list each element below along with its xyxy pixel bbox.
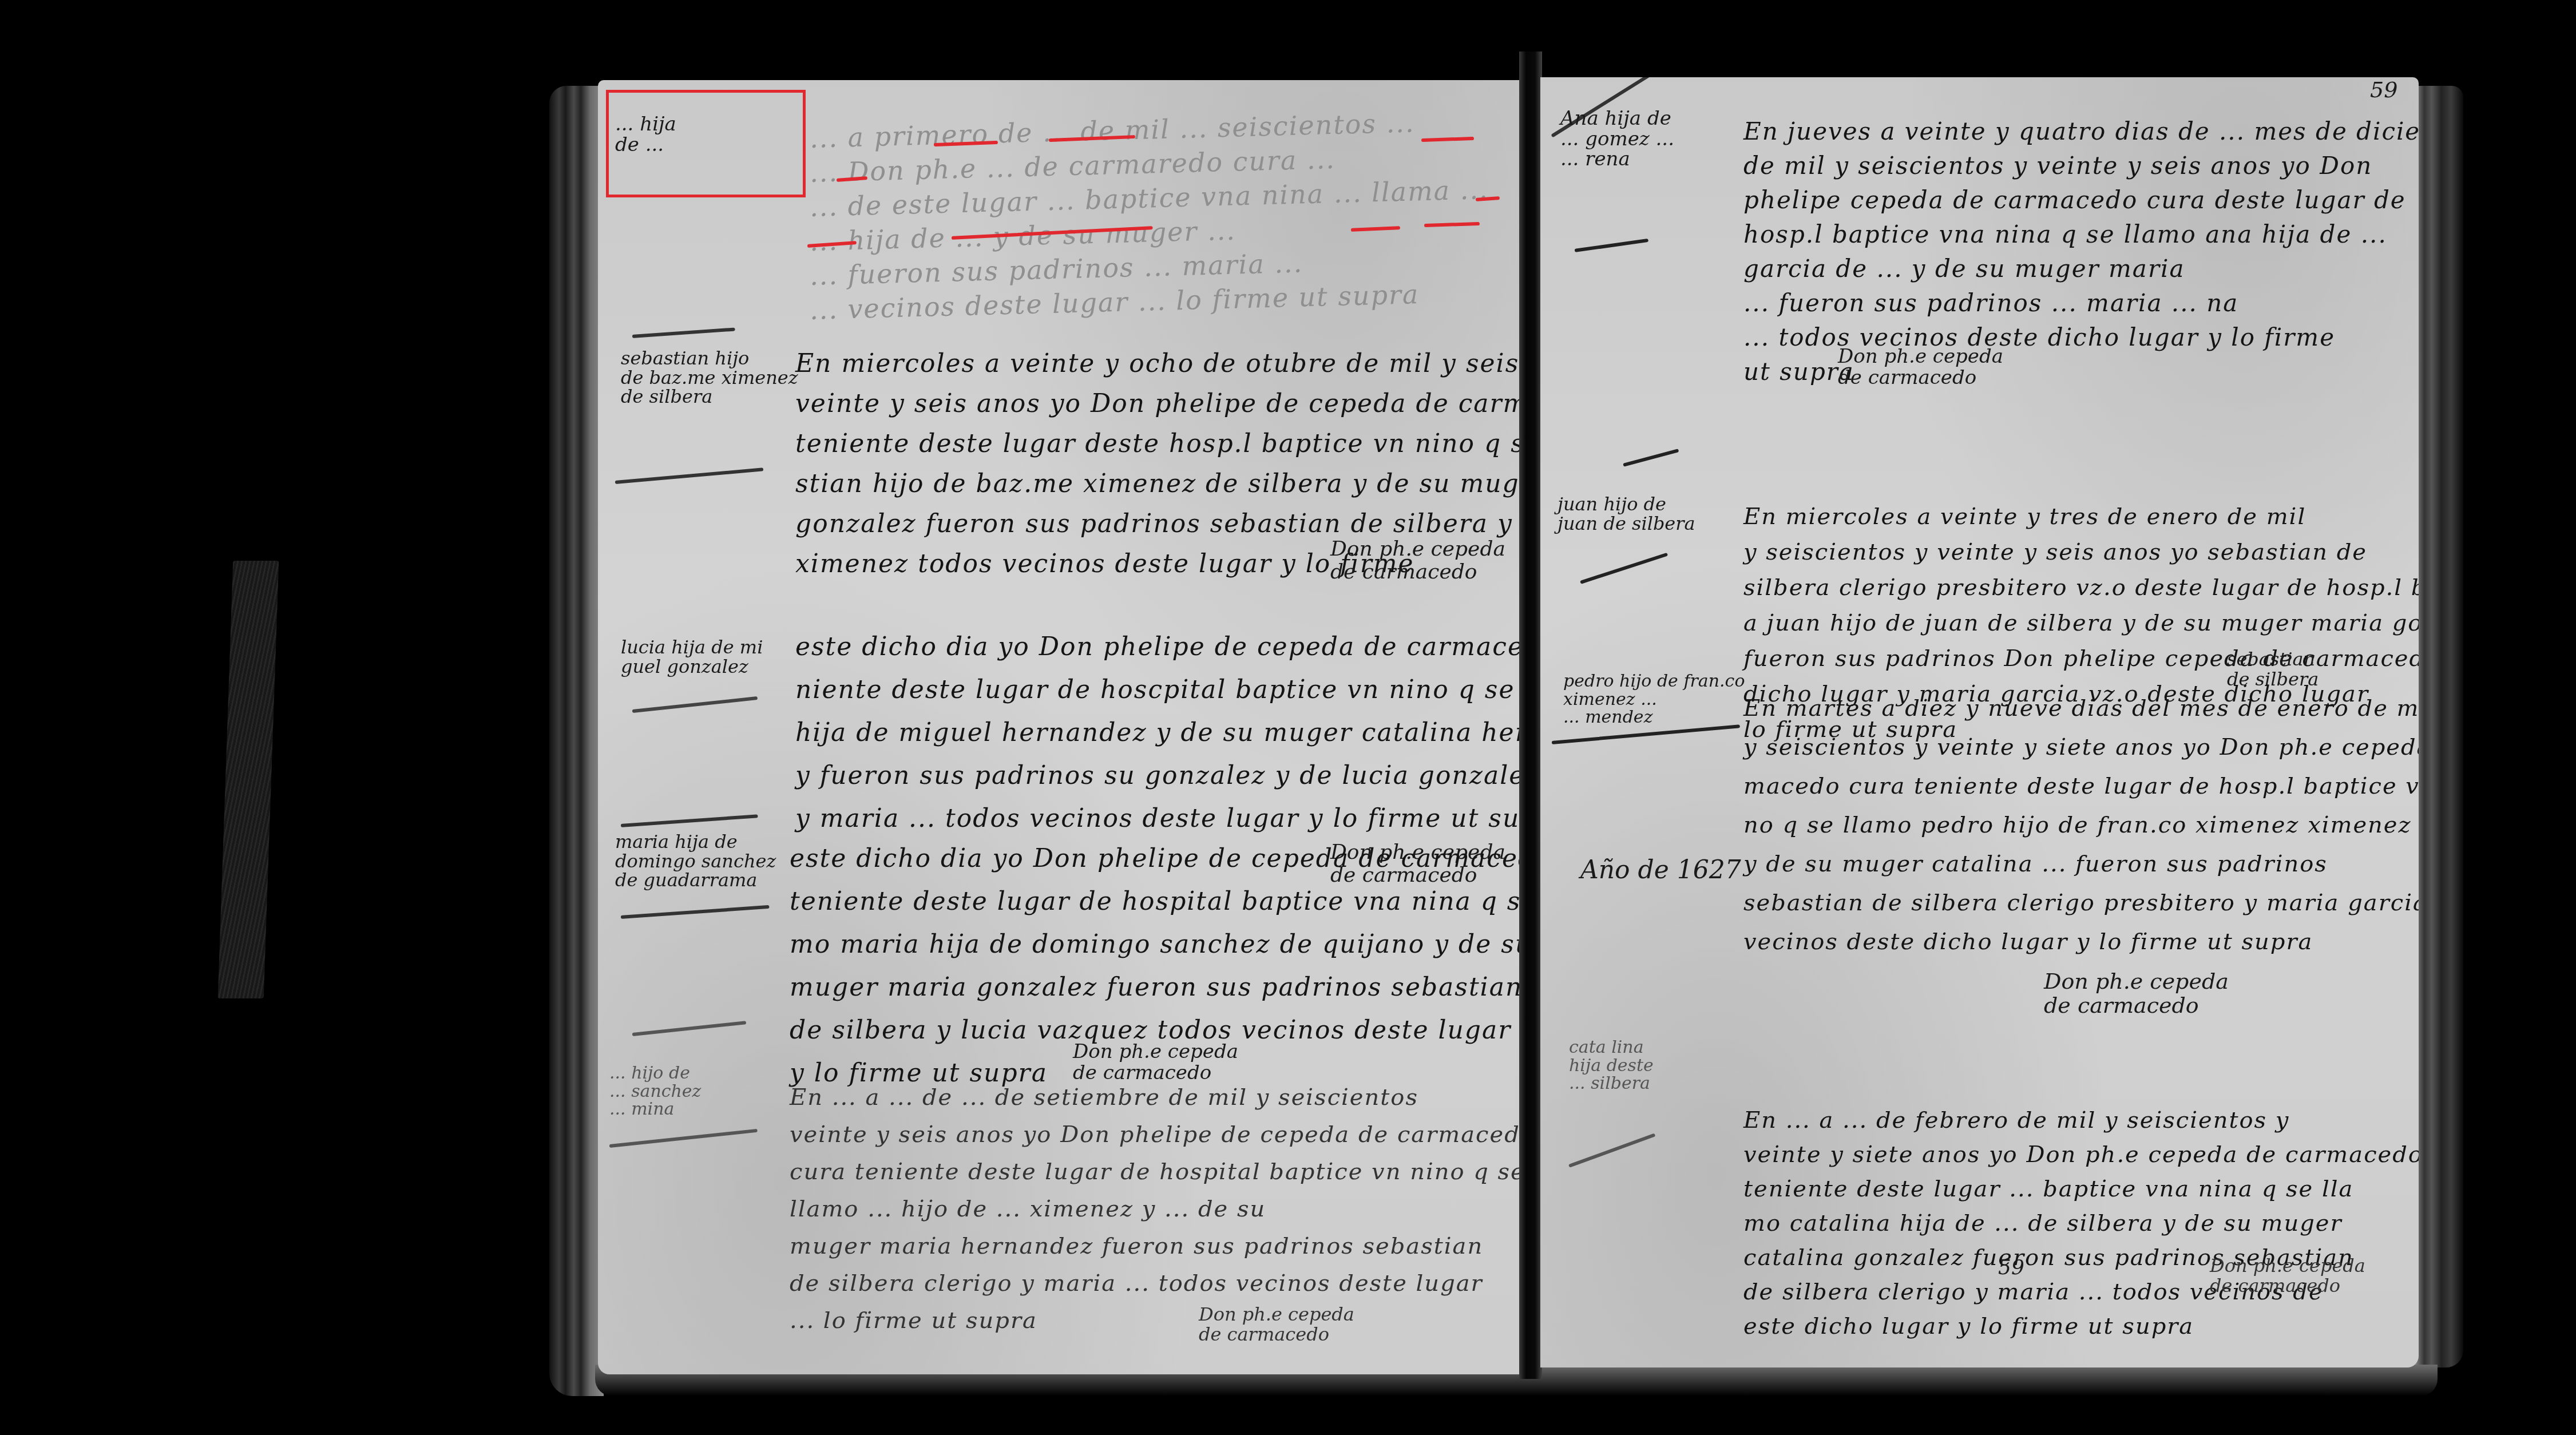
margin-rule (1575, 239, 1649, 252)
entry-line: En martes a diez y nueve dias del mes de… (1743, 695, 2419, 722)
priest-signature: Don ph.e cepeda de carmacedo (1073, 1041, 1238, 1084)
margin-rule (609, 1129, 758, 1148)
right-page-edge-stack (2415, 86, 2463, 1367)
book-gutter (1519, 51, 1542, 1379)
margin-rule (621, 814, 758, 827)
entry-line: de mil y seiscientos y veinte y seis ano… (1743, 152, 2372, 180)
entry-line: vecinos deste dicho lugar y lo firme ut … (1743, 929, 2313, 955)
entry-line: no q se llamo pedro hijo de fran.co xime… (1743, 812, 2412, 838)
entry-line: gonzalez fueron sus padrinos sebastian d… (795, 509, 1525, 538)
entry-line: ... todos vecinos deste dicho lugar y lo… (1743, 323, 2335, 351)
entry-line: En miercoles a veinte y tres de enero de… (1743, 504, 2306, 530)
entry-line: macedo cura teniente deste lugar de hosp… (1743, 773, 2419, 799)
entry-line: ximenez todos vecinos deste lugar y lo f… (795, 549, 1414, 578)
folio-number-bottom: 59 (1998, 1256, 2024, 1279)
entry-line: llamo ... hijo de ... ximenez y ... de s… (790, 1196, 1266, 1222)
left-page: ... a primero de ... de mil ... seiscien… (598, 80, 1525, 1374)
priest-signature: Don ph.e cepeda de carmacedo (2210, 1256, 2365, 1296)
entry-line: mo catalina hija de ... de silbera y de … (1743, 1210, 2343, 1236)
entry-line: y seiscientos y veinte y siete anos yo D… (1743, 734, 2419, 760)
right-page: 59 Ana hija de ... gomez ... ... rena En… (1540, 77, 2419, 1367)
entry-line: phelipe cepeda de carmacedo cura deste l… (1743, 186, 2406, 214)
folio-number-top: 59 (2370, 77, 2397, 102)
entry-line: En miercoles a veinte y ocho de otubre d… (795, 349, 1525, 378)
entry-line: muger maria hernandez fueron sus padrino… (790, 1233, 1483, 1259)
entry-line: este dicho dia yo Don phelipe de cepeda … (790, 844, 1525, 873)
entry-margin-note: pedro hijo de fran.co ximenez ... ... me… (1563, 672, 1745, 727)
entry-line: teniente deste lugar ... baptice vna nin… (1743, 1176, 2353, 1202)
entry-line: y fueron sus padrinos su gonzalez y de l… (795, 761, 1525, 790)
entry-line: y de su muger catalina ... fueron sus pa… (1743, 851, 2328, 877)
entry-line: teniente deste lugar de hospital baptice… (790, 887, 1525, 916)
entry-margin-note: ... hijo de ... sanchez ... mina (609, 1064, 701, 1119)
year-note: Año de 1627 (1580, 855, 1741, 885)
entry-line: En jueves a veinte y quatro dias de ... … (1743, 117, 2419, 145)
entry-margin-note: juan hijo de juan de silbera (1558, 495, 1695, 533)
entry-line: veinte y seis anos yo Don phelipe de cep… (790, 1121, 1525, 1148)
entry-line: stian hijo de baz.me ximenez de silbera … (795, 469, 1525, 498)
entry-line: este dicho lugar y lo firme ut supra (1743, 1313, 2194, 1339)
priest-signature: Don ph.e cepeda de carmacedo (1838, 346, 2003, 389)
margin-rule (1580, 553, 1668, 584)
margin-rule (1568, 1133, 1655, 1167)
cleric-signature: sebastian de silbera (2227, 649, 2319, 689)
margin-rule (632, 327, 735, 338)
priest-signature: Don ph.e cepeda de carmacedo (2044, 970, 2229, 1018)
entry-line: En ... a ... de ... de setiembre de mil … (790, 1084, 1418, 1111)
faded-header-block: ... a primero de ... de mil ... seiscien… (810, 112, 1513, 306)
entry-line: hosp.l baptice vna nina q se llamo ana h… (1743, 220, 2387, 248)
entry-line: veinte y seis anos yo Don phelipe de cep… (795, 389, 1525, 418)
margin-rule (632, 696, 758, 713)
entry-line: muger maria gonzalez fueron sus padrinos… (790, 973, 1523, 1002)
entry-line: y lo firme ut supra (790, 1059, 1048, 1088)
loose-paper-scrap (218, 561, 279, 998)
entry-line: y seiscientos y veinte y seis anos yo se… (1743, 539, 2367, 565)
entry-line: hija de miguel hernandez y de su muger c… (795, 718, 1525, 747)
entry-line: niente deste lugar de hoscpital baptice … (795, 675, 1525, 704)
entry-line: este dicho dia yo Don phelipe de cepeda … (795, 632, 1525, 661)
margin-rule (1623, 449, 1679, 467)
margin-rule (1552, 724, 1740, 744)
entry-line: veinte y siete anos yo Don ph.e cepeda d… (1743, 1141, 2419, 1168)
entry-margin-note: cata lina hija deste ... silbera (1569, 1038, 1654, 1093)
entry-line: cura teniente deste lugar de hospital ba… (790, 1159, 1525, 1185)
entry-line: a juan hijo de juan de silbera y de su m… (1743, 610, 2419, 636)
entry-margin-note: Ana hija de ... gomez ... ... rena (1560, 109, 1674, 170)
entry-line: silbera clerigo presbitero vz.o deste lu… (1743, 574, 2419, 601)
entry-line: ... fueron sus padrinos ... maria ... na (1743, 289, 2238, 317)
entry-line: En ... a ... de febrero de mil y seiscie… (1743, 1107, 2289, 1133)
entry-line: y maria ... todos vecinos deste lugar y … (795, 804, 1525, 833)
entry-line: ... lo firme ut supra (790, 1307, 1037, 1334)
entry-line: garcia de ... y de su muger maria (1743, 255, 2185, 283)
entry-line: mo maria hija de domingo sanchez de quij… (790, 930, 1525, 959)
entry-line: de silbera clerigo y maria ... todos vec… (790, 1270, 1483, 1297)
left-page-edge-stack (549, 86, 604, 1396)
entry-margin-note: lucia hija de mi guel gonzalez (621, 638, 763, 676)
priest-signature: Don ph.e cepeda de carmacedo (1199, 1305, 1354, 1345)
priest-signature: Don ph.e cepeda de carmacedo (1330, 538, 1505, 583)
margin-rule (621, 905, 770, 919)
entry-line: teniente deste lugar deste hosp.l baptic… (795, 429, 1525, 458)
margin-rule (632, 1021, 747, 1036)
entry-margin-note: maria hija de domingo sanchez de guadarr… (615, 833, 776, 890)
entry-margin-note: sebastian hijo de baz.me ximenez de silb… (621, 349, 798, 407)
highlight-box (606, 90, 806, 197)
entry-line: sebastian de silbera clerigo presbitero … (1743, 890, 2419, 916)
margin-rule (615, 467, 764, 484)
